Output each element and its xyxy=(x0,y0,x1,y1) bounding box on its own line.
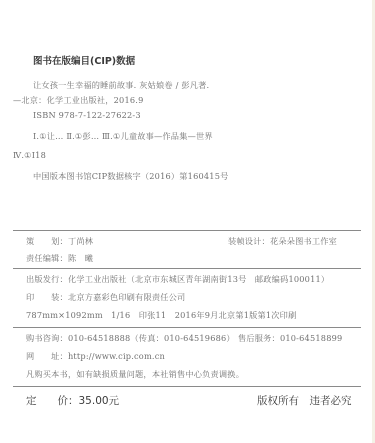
cip-classification-2: Ⅳ.①I18 xyxy=(13,150,46,160)
service-row: 售后服务：010-64518899 xyxy=(238,333,342,344)
planner-label: 策 划： xyxy=(26,236,68,246)
cip-publisher-line: —北京：化学工业出版社，2016.9 xyxy=(13,95,144,106)
cip-heading: 图书在版编目(CIP)数据 xyxy=(33,53,135,67)
website-label: 网 址： xyxy=(26,351,68,361)
cip-classification-1: Ⅰ.①让… Ⅱ.①彭… Ⅲ.①儿童故事—作品集—世界 xyxy=(33,131,213,142)
website-row: 网 址：http://www.cip.com.cn xyxy=(26,351,165,362)
divider xyxy=(13,327,361,328)
printer-value: 北京方嘉彩色印刷有限责任公司 xyxy=(68,292,185,302)
website-link[interactable]: http://www.cip.com.cn xyxy=(68,351,165,361)
service-value: 010-64518899 xyxy=(280,333,342,343)
publisher-row: 出版发行：化学工业出版社（北京市东城区青年湖南街13号 邮政编码100011） xyxy=(26,274,329,285)
purchase-row: 购书咨询：010-64518888（传真：010-64519686） xyxy=(26,333,235,344)
publisher-value: 化学工业出版社（北京市东城区青年湖南街13号 邮政编码100011） xyxy=(68,274,329,284)
purchase-label: 购书咨询： xyxy=(26,333,68,343)
printer-row: 印 装：北京方嘉彩色印刷有限责任公司 xyxy=(26,292,185,303)
editor-value: 陈 曦 xyxy=(68,253,93,263)
divider xyxy=(13,230,361,231)
design-value: 花朵朵图书工作室 xyxy=(270,236,337,246)
purchase-value: 010-64518888（传真：010-64519686） xyxy=(68,333,235,343)
editor-row: 责任编辑：陈 曦 xyxy=(26,253,93,264)
service-label: 售后服务： xyxy=(238,333,280,343)
cip-data-number: 中国版本图书馆CIP数据核字（2016）第160415号 xyxy=(33,171,229,182)
editor-label: 责任编辑： xyxy=(26,253,68,263)
replacement-notice: 凡购买本书，如有缺损质量问题，本社销售中心负责调换。 xyxy=(26,369,244,380)
publisher-label: 出版发行： xyxy=(26,274,68,284)
design-label: 装帧设计： xyxy=(228,236,270,246)
design-row: 装帧设计：花朵朵图书工作室 xyxy=(228,236,337,247)
print-specs: 787mm×1092mm 1/16 印张11 2016年9月北京第1版第1次印刷 xyxy=(26,310,296,321)
planner-value: 丁尚林 xyxy=(68,236,93,246)
price-value: 35.00元 xyxy=(79,395,120,407)
copyright-notice: 版权所有 违者必究 xyxy=(257,393,352,408)
cip-title-line: 让女孩一生幸福的睡前故事. 灰姑娘卷 / 彭凡著. xyxy=(33,80,209,91)
divider xyxy=(13,386,361,387)
planner-row: 策 划：丁尚林 xyxy=(26,236,93,247)
price-row: 定 价：35.00元 xyxy=(26,393,119,408)
printer-label: 印 装： xyxy=(26,292,68,302)
cip-isbn: ISBN 978-7-122-27622-3 xyxy=(33,110,141,120)
divider xyxy=(13,268,361,269)
price-label: 定 价： xyxy=(26,395,79,407)
